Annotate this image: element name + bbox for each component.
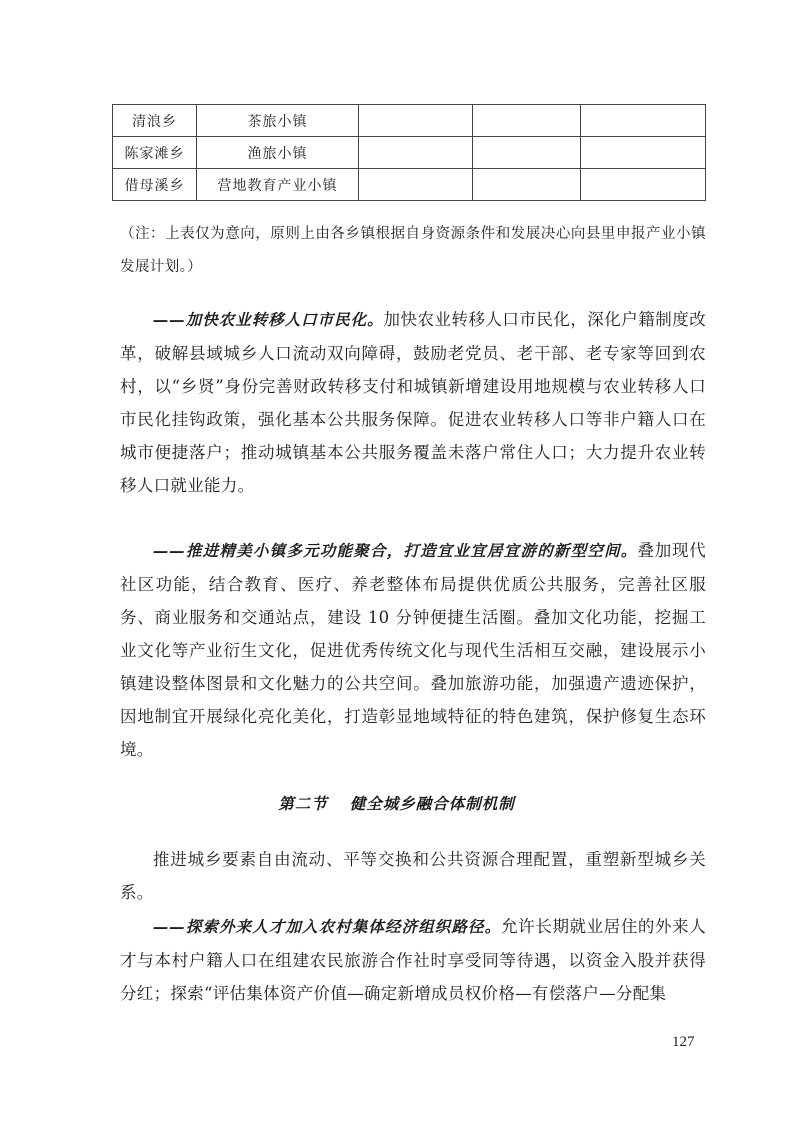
- paragraph-body: 叠加现代社区功能，结合教育、医疗、养老整体布局提供优质公共服务，完善社区服务、商…: [120, 541, 706, 759]
- paragraph-lead: ——推进精美小镇多元功能聚合，打造宜业宜居宜游的新型空间。: [153, 542, 638, 560]
- township-cell: 清浪乡: [113, 105, 197, 137]
- document-page: 清浪乡 茶旅小镇 陈家滩乡 渔旅小镇 借母溪乡 营地教育产业小镇: [0, 0, 793, 1122]
- section-heading: 第二节健全城乡融合体制机制: [0, 792, 793, 814]
- township-cell: 陈家滩乡: [113, 137, 197, 169]
- paragraph-lead: ——加快农业转移人口市民化。: [153, 311, 384, 329]
- town-plan-table: 清浪乡 茶旅小镇 陈家滩乡 渔旅小镇 借母溪乡 营地教育产业小镇: [112, 104, 706, 201]
- empty-cell: [359, 137, 473, 169]
- paragraph-urbanization: ——加快农业转移人口市民化。加快农业转移人口市民化，深化户籍制度改革，破解县域城…: [120, 303, 706, 502]
- section-title: 健全城乡融合体制机制: [350, 795, 515, 813]
- paragraph-section-intro: 推进城乡要素自由流动、平等交换和公共资源合理配置，重塑新型城乡关系。: [120, 843, 706, 909]
- table-row: 清浪乡 茶旅小镇: [113, 105, 706, 137]
- table-note: （注：上表仅为意向，原则上由各乡镇根据自身资源条件和发展决心向县里申报产业小镇发…: [120, 218, 706, 284]
- empty-cell: [581, 169, 706, 201]
- table-row: 借母溪乡 营地教育产业小镇: [113, 169, 706, 201]
- empty-cell: [359, 169, 473, 201]
- empty-cell: [473, 137, 581, 169]
- empty-cell: [473, 105, 581, 137]
- township-cell: 借母溪乡: [113, 169, 197, 201]
- town-type-cell: 营地教育产业小镇: [197, 169, 359, 201]
- paragraph-body: 加快农业转移人口市民化，深化户籍制度改革，破解县域城乡人口流动双向障碍，鼓励老党…: [120, 310, 706, 495]
- paragraph-small-town-functions: ——推进精美小镇多元功能聚合，打造宜业宜居宜游的新型空间。叠加现代社区功能，结合…: [120, 534, 706, 766]
- empty-cell: [359, 105, 473, 137]
- town-type-cell: 茶旅小镇: [197, 105, 359, 137]
- empty-cell: [581, 137, 706, 169]
- section-number: 第二节: [278, 795, 328, 813]
- paragraph-body: 推进城乡要素自由流动、平等交换和公共资源合理配置，重塑新型城乡关系。: [120, 850, 706, 902]
- paragraph-lead: ——探索外来人才加入农村集体经济组织路径。: [153, 918, 501, 936]
- paragraph-talent: ——探索外来人才加入农村集体经济组织路径。允许长期就业居住的外来人才与本村户籍人…: [120, 910, 706, 1010]
- empty-cell: [581, 105, 706, 137]
- page-number: 127: [672, 1034, 695, 1051]
- town-type-cell: 渔旅小镇: [197, 137, 359, 169]
- table-row: 陈家滩乡 渔旅小镇: [113, 137, 706, 169]
- empty-cell: [473, 169, 581, 201]
